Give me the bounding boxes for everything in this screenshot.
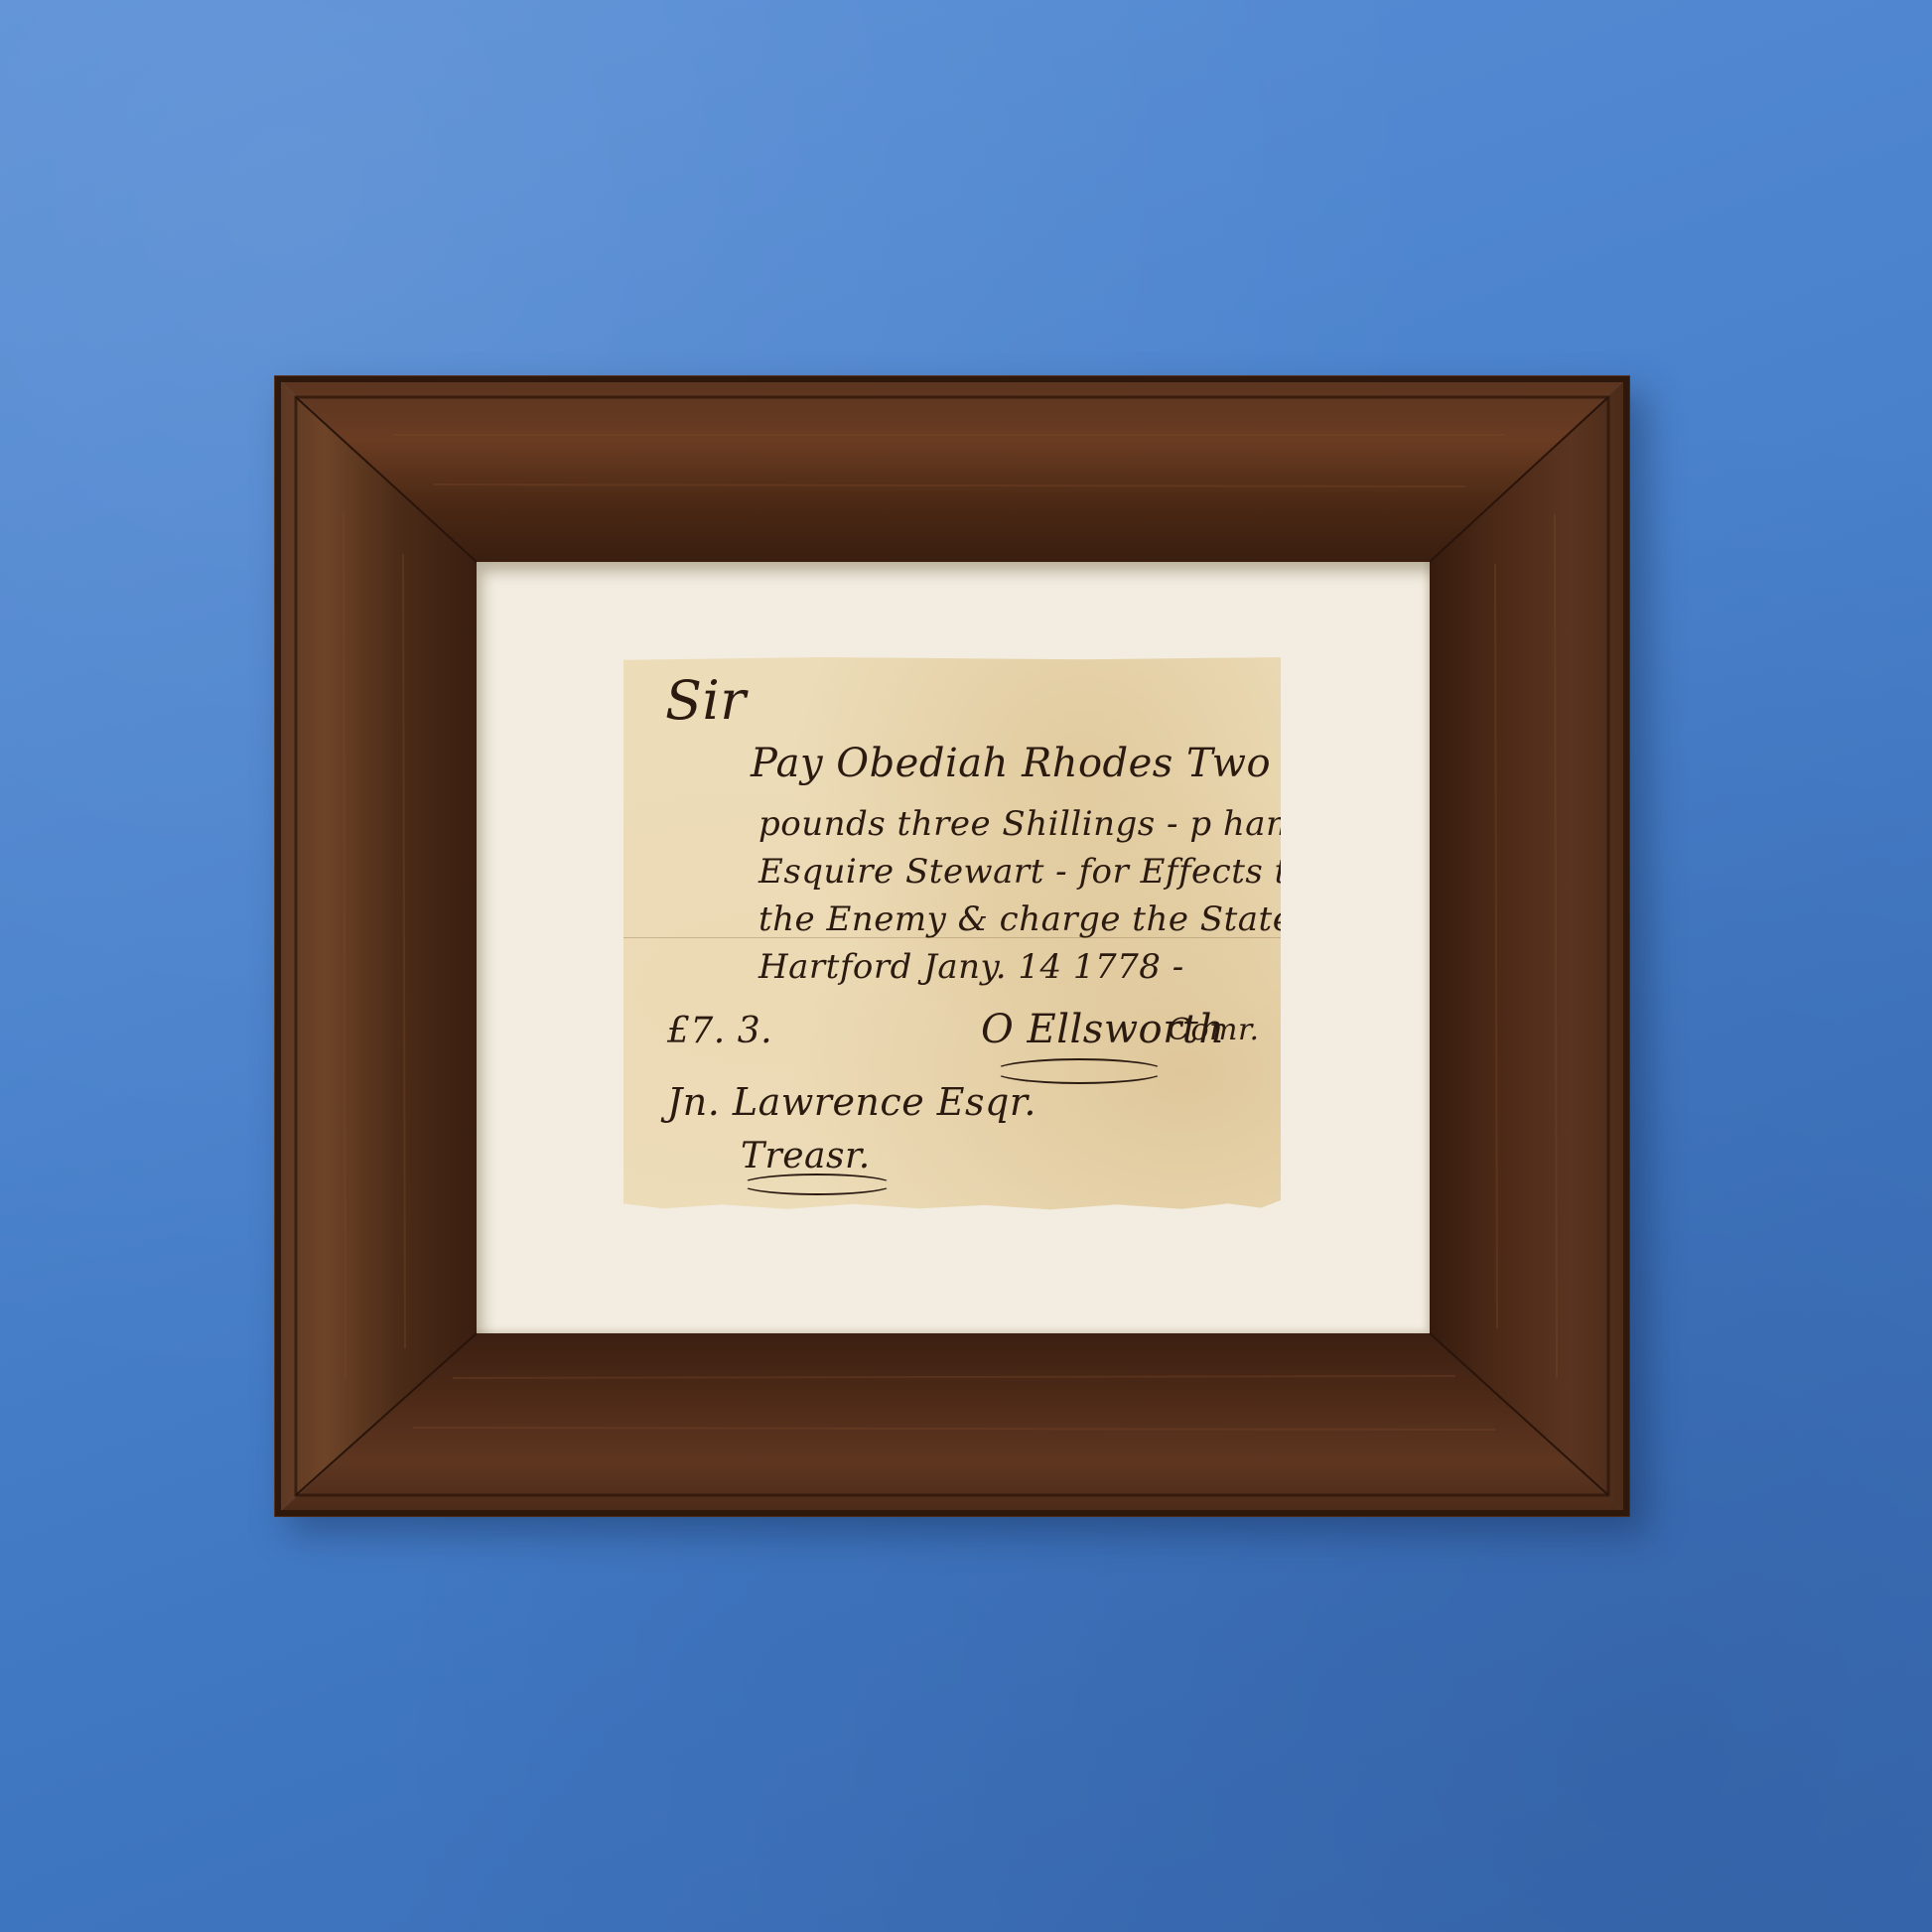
body-line-2: pounds three Shillings - p hand of bbox=[759, 804, 1355, 844]
body-line-4: the Enemy & charge the State - bbox=[759, 899, 1316, 939]
date-line: Hartford Jany. 14 1778 - bbox=[759, 947, 1184, 987]
amount: £7. 3. bbox=[667, 1011, 772, 1051]
salutation: Sir bbox=[665, 669, 747, 732]
addressee-flourish bbox=[741, 1173, 894, 1195]
signature-title: Comr. bbox=[1168, 1013, 1260, 1047]
wooden-picture-frame: Sir Pay Obediah Rhodes Two Seven pounds … bbox=[274, 375, 1630, 1517]
handwritten-document: Sir Pay Obediah Rhodes Two Seven pounds … bbox=[623, 657, 1281, 1211]
addressee-title: Treasr. bbox=[741, 1136, 871, 1176]
addressee: Jn. Lawrence Esqr. bbox=[667, 1080, 1036, 1124]
